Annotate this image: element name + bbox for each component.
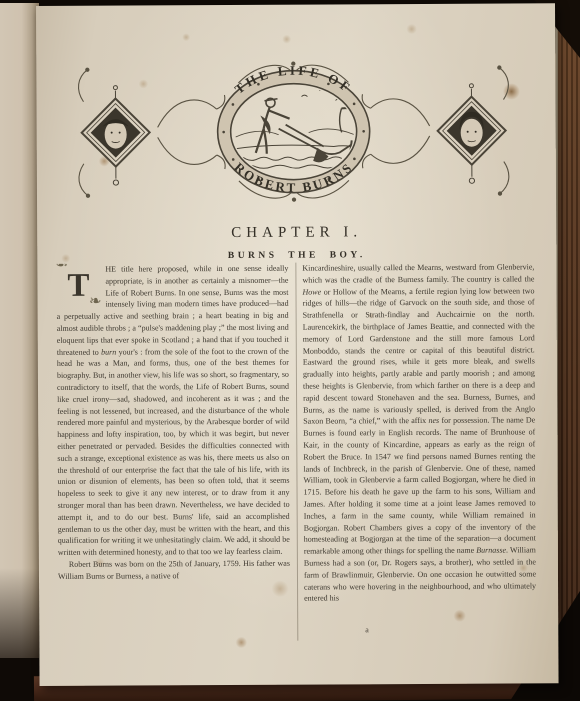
- text-run: for possession. The name De Burnes is fo…: [303, 416, 536, 556]
- text-run: Robert Burns was born on the 25th of Jan…: [58, 559, 290, 581]
- left-column: THE title here proposed, while in one se…: [56, 263, 290, 650]
- foxing-spot: [182, 33, 190, 41]
- facing-page-gutter: [0, 3, 39, 658]
- foxing-spot: [406, 24, 417, 34]
- left-portrait-medallion: [81, 85, 150, 185]
- book-page: THE LIFE OF ROBERT BURNS CHAPTER I. BURN…: [36, 3, 559, 686]
- paragraph: THE title here proposed, while in one se…: [56, 263, 290, 559]
- column-divider-rule: [295, 263, 298, 641]
- paragraph: Robert Burns was born on the 25th of Jan…: [58, 558, 290, 583]
- woman-face: [461, 119, 483, 147]
- signature-mark: a: [365, 625, 369, 634]
- text-run: your's : from the sole of the foot to th…: [57, 346, 290, 557]
- drop-cap: T: [56, 265, 100, 307]
- text-run: or Hollow of the Mearns, a fertile regio…: [303, 286, 536, 426]
- text-run: Burnasse: [476, 546, 506, 555]
- section-heading: BURNS THE BOY.: [37, 249, 556, 262]
- chapter-heading: CHAPTER I.: [37, 223, 556, 243]
- text-run: nes: [428, 416, 439, 425]
- right-column: Kincardineshire, usually called the Mear…: [302, 261, 536, 648]
- man-face: [105, 121, 127, 149]
- text-run: Howe: [302, 287, 321, 296]
- text-columns: THE title here proposed, while in one se…: [56, 261, 536, 649]
- text-run: Kincardineshire, usually called the Mear…: [302, 262, 534, 284]
- paragraph: Kincardineshire, usually called the Mear…: [302, 261, 536, 604]
- ploughman-medallion: THE LIFE OF ROBERT BURNS: [217, 62, 370, 195]
- foxing-spot: [282, 35, 291, 44]
- right-portrait-medallion: [437, 84, 506, 184]
- text-run: burn: [101, 347, 116, 356]
- header-engraving: THE LIFE OF ROBERT BURNS: [73, 55, 519, 212]
- horizon: [234, 145, 356, 149]
